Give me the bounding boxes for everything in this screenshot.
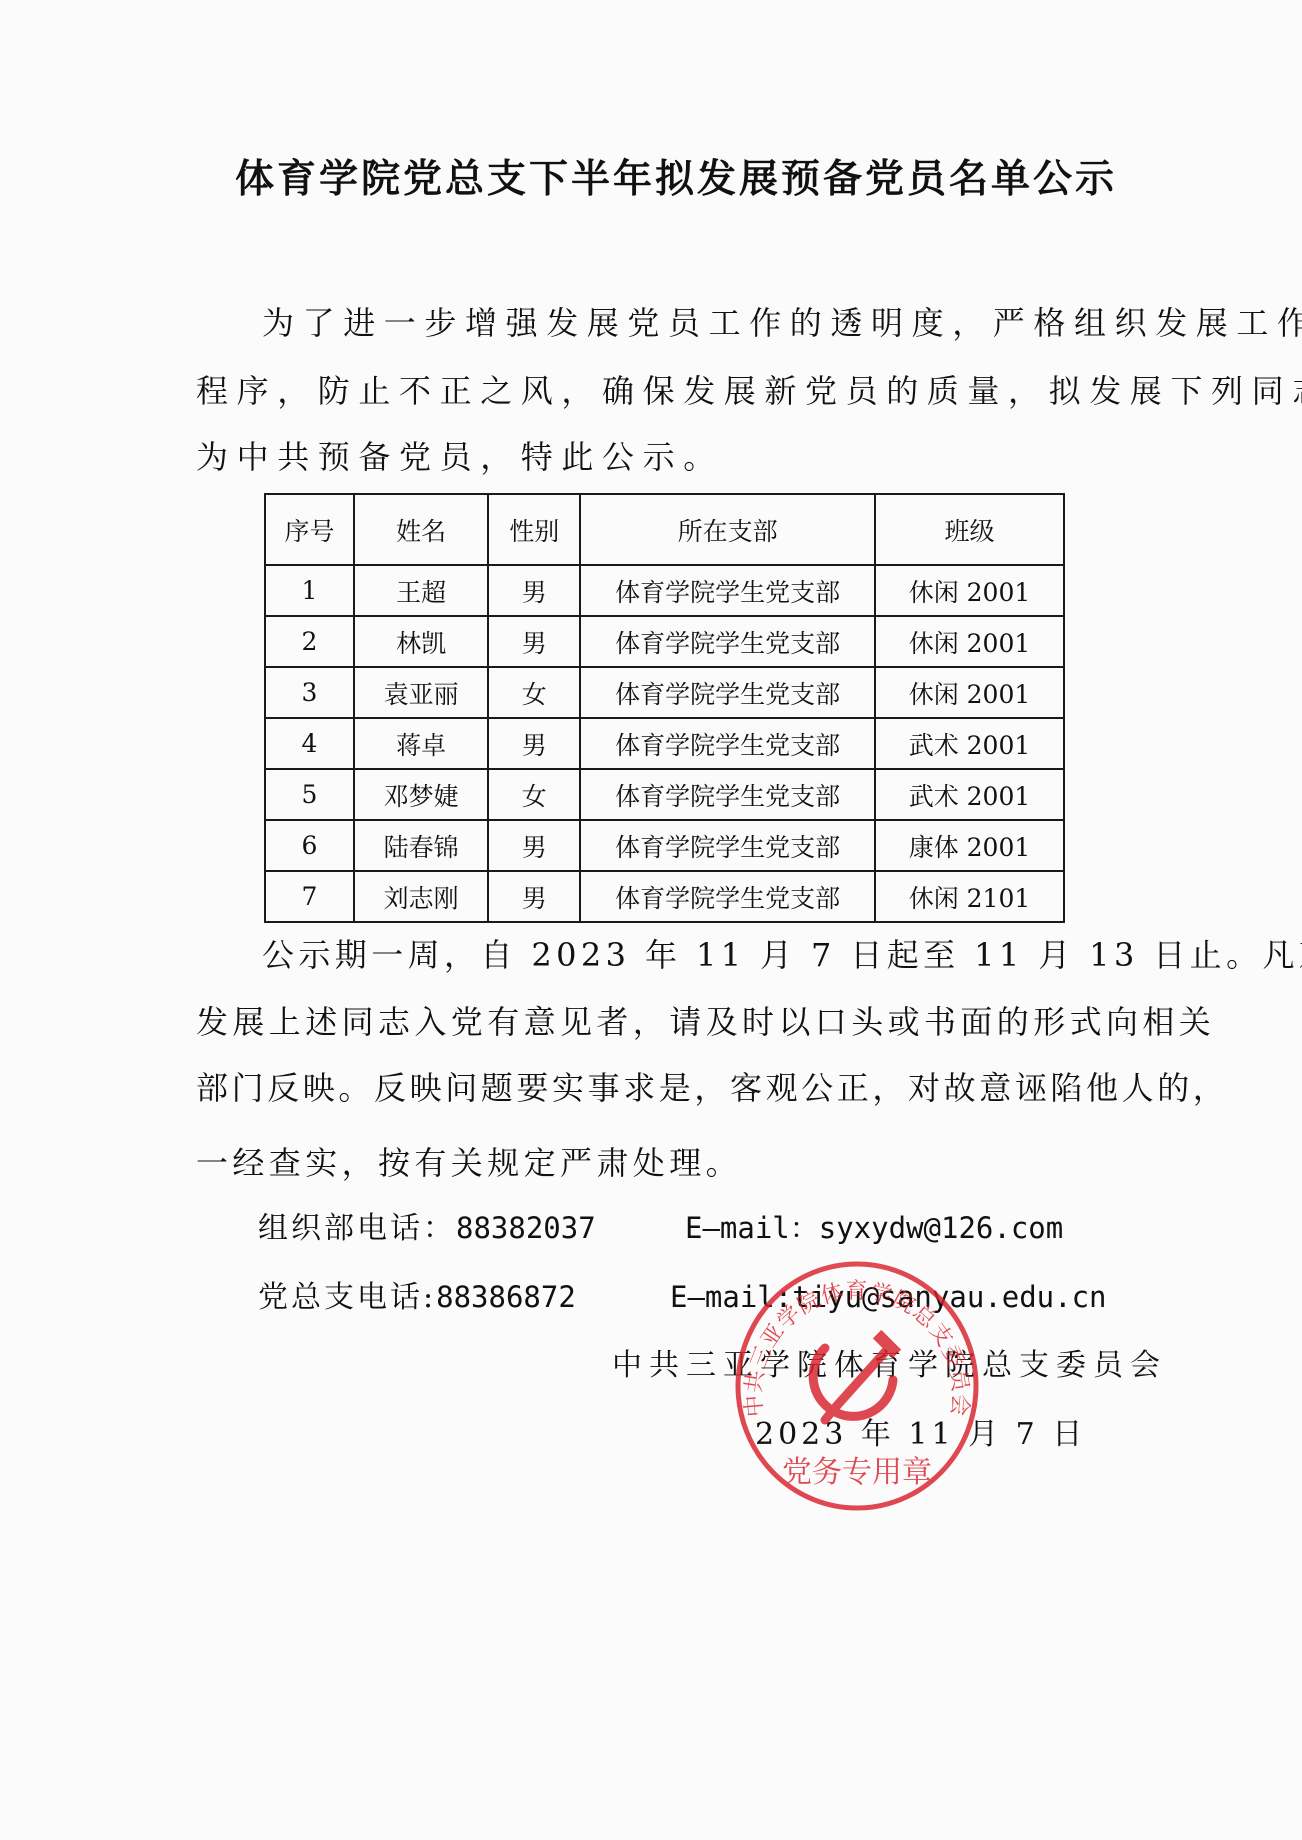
page-title: 体育学院党总支下半年拟发展预备党员名单公示 (235, 158, 1078, 202)
seal-bottom-text: 党务专用章 (782, 1455, 932, 1490)
cell-name: 刘志刚 (354, 871, 488, 922)
cell-index: 6 (265, 820, 354, 871)
intro-line-1: 为了进一步增强发展党员工作的透明度，严格组织发展工作 (262, 303, 1302, 343)
header-gender: 性别 (488, 494, 580, 565)
header-class: 班级 (875, 494, 1064, 565)
cell-class: 休闲 2001 (875, 667, 1064, 718)
cell-branch: 体育学院学生党支部 (580, 820, 875, 871)
cell-index: 4 (265, 718, 354, 769)
header-index: 序号 (265, 494, 354, 565)
table-row: 1 王超 男 体育学院学生党支部 休闲 2001 (265, 565, 1064, 616)
cell-gender: 男 (488, 616, 580, 667)
cell-name: 王超 (354, 565, 488, 616)
candidate-table: 序号 姓名 性别 所在支部 班级 1 王超 男 体育学院学生党支部 休闲 200… (264, 493, 1065, 923)
email-address[interactable]: syxydw@126.com (819, 1211, 1063, 1245)
org-dept-email: E—mail：syxydw@126.com (685, 1208, 1063, 1249)
notice-line-2: 发展上述同志入党有意见者，请及时以口头或书面的形式向相关 (196, 1002, 1215, 1042)
cell-name: 邓梦婕 (354, 769, 488, 820)
cell-branch: 体育学院学生党支部 (580, 667, 875, 718)
table-row: 3 袁亚丽 女 体育学院学生党支部 休闲 2001 (265, 667, 1064, 718)
cell-name: 陆春锦 (354, 820, 488, 871)
cell-branch: 体育学院学生党支部 (580, 871, 875, 922)
phone-label: 组织部电话： (258, 1211, 456, 1246)
notice-line-4: 一经查实，按有关规定严肃处理。 (196, 1143, 742, 1183)
header-branch: 所在支部 (580, 494, 875, 565)
cell-index: 1 (265, 565, 354, 616)
table-header-row: 序号 姓名 性别 所在支部 班级 (265, 494, 1064, 565)
cell-gender: 女 (488, 667, 580, 718)
cell-index: 2 (265, 616, 354, 667)
phone-number: 88382037 (456, 1211, 596, 1245)
cell-class: 休闲 2001 (875, 565, 1064, 616)
notice-line-1: 公示期一周，自 2023 年 11 月 7 日起至 11 月 13 日止。凡对 (262, 935, 1302, 975)
cell-class: 武术 2001 (875, 718, 1064, 769)
table-row: 7 刘志刚 男 体育学院学生党支部 休闲 2101 (265, 871, 1064, 922)
cell-gender: 男 (488, 820, 580, 871)
cell-class: 武术 2001 (875, 769, 1064, 820)
header-name: 姓名 (354, 494, 488, 565)
intro-line-3: 为中共预备党员，特此公示。 (196, 437, 724, 477)
cell-gender: 男 (488, 718, 580, 769)
cell-gender: 男 (488, 565, 580, 616)
phone-label: 党总支电话: (258, 1280, 436, 1315)
phone-number: 88386872 (436, 1280, 576, 1314)
official-seal-icon: 中共三亚学院体育学院总支委员会 党务专用章 (733, 1260, 981, 1512)
cell-index: 5 (265, 769, 354, 820)
cell-class: 康体 2001 (875, 820, 1064, 871)
cell-name: 袁亚丽 (354, 667, 488, 718)
table-row: 6 陆春锦 男 体育学院学生党支部 康体 2001 (265, 820, 1064, 871)
cell-index: 7 (265, 871, 354, 922)
branch-phone: 党总支电话:88386872 (258, 1277, 576, 1318)
cell-branch: 体育学院学生党支部 (580, 616, 875, 667)
cell-branch: 体育学院学生党支部 (580, 565, 875, 616)
cell-class: 休闲 2001 (875, 616, 1064, 667)
org-dept-phone: 组织部电话：88382037 (258, 1208, 596, 1249)
cell-index: 3 (265, 667, 354, 718)
notice-line-3: 部门反映。反映问题要实事求是，客观公正，对故意诬陷他人的， (196, 1068, 1228, 1108)
cell-branch: 体育学院学生党支部 (580, 718, 875, 769)
table-row: 5 邓梦婕 女 体育学院学生党支部 武术 2001 (265, 769, 1064, 820)
email-label: E—mail： (685, 1211, 819, 1245)
cell-name: 林凯 (354, 616, 488, 667)
table-row: 4 蒋卓 男 体育学院学生党支部 武术 2001 (265, 718, 1064, 769)
cell-branch: 体育学院学生党支部 (580, 769, 875, 820)
cell-name: 蒋卓 (354, 718, 488, 769)
table-row: 2 林凯 男 体育学院学生党支部 休闲 2001 (265, 616, 1064, 667)
cell-gender: 男 (488, 871, 580, 922)
cell-gender: 女 (488, 769, 580, 820)
cell-class: 休闲 2101 (875, 871, 1064, 922)
intro-line-2: 程序，防止不正之风，确保发展新党员的质量，拟发展下列同志 (196, 371, 1302, 411)
